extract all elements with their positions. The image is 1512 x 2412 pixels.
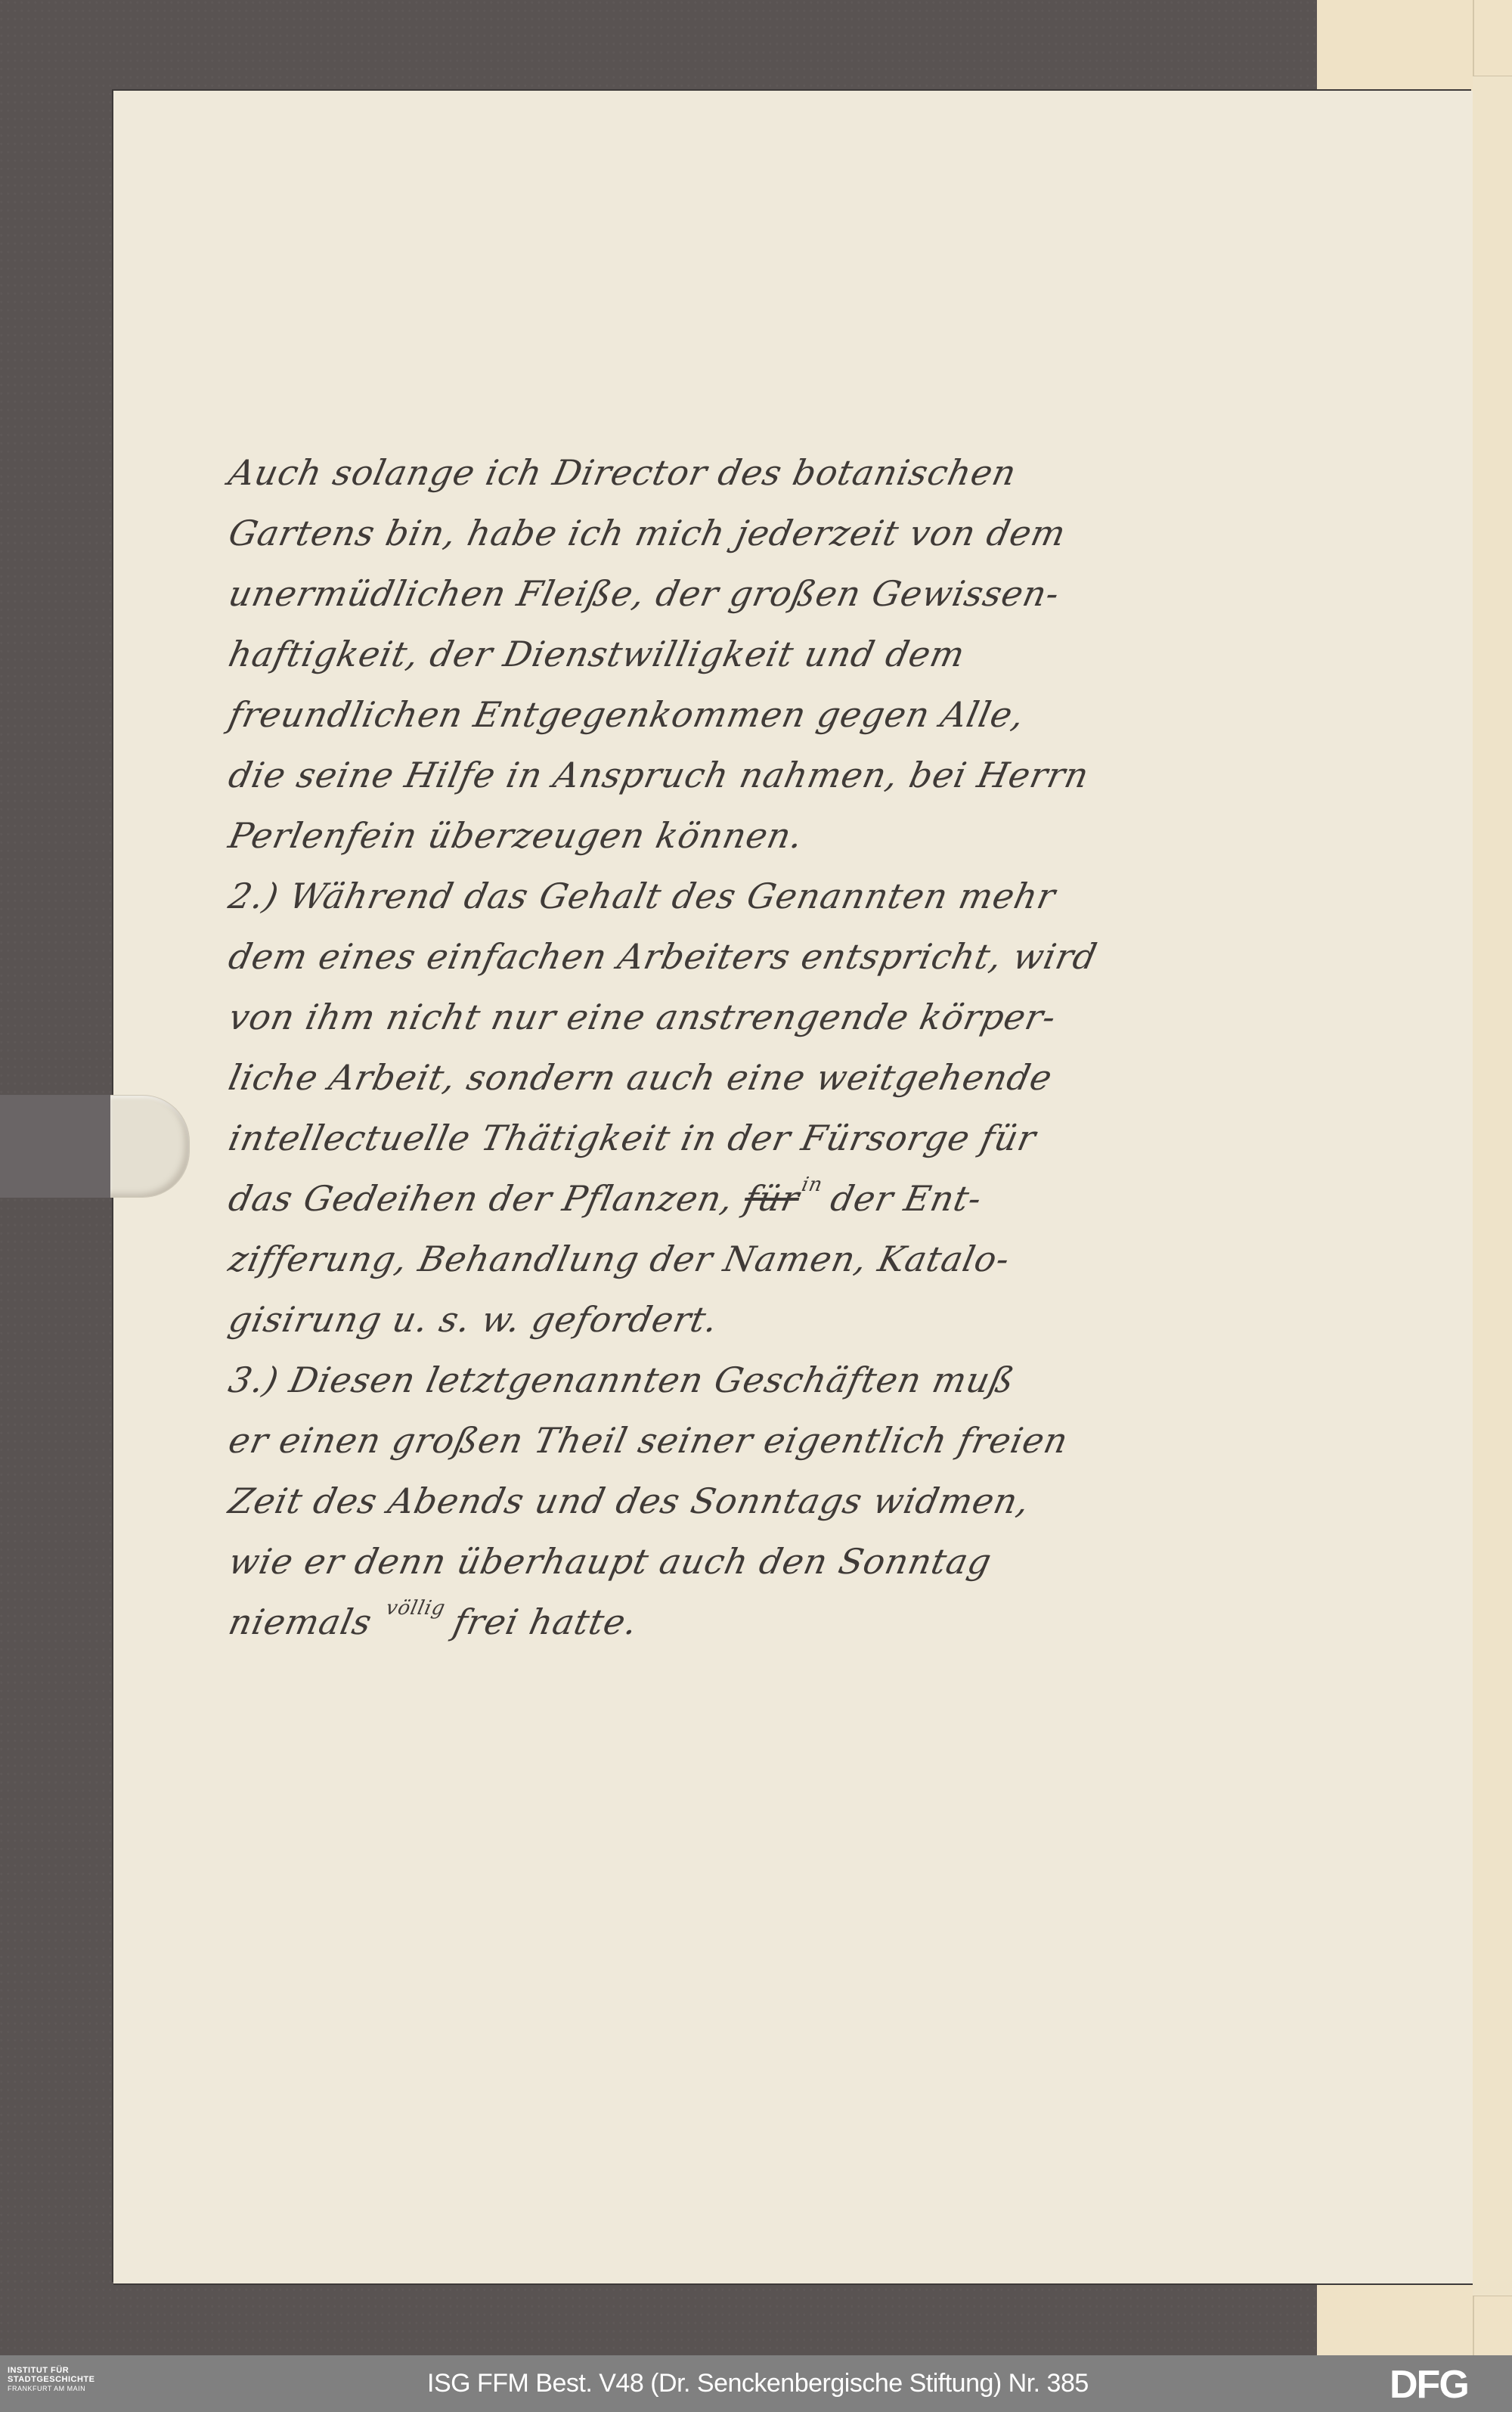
manuscript-line: Perlenfein überzeugen können. <box>223 805 1355 866</box>
institution-logo: INSTITUT FÜR STADTGESCHICHTE FRANKFURT A… <box>8 2366 94 2393</box>
manuscript-line: haftigkeit, der Dienstwilligkeit und dem <box>223 624 1355 684</box>
manuscript-line: dem eines einfachen Arbeiters entspricht… <box>223 926 1355 987</box>
manuscript-line: Auch solange ich Director des botanische… <box>223 442 1355 503</box>
manuscript-line: freundlichen Entgegenkommen gegen Alle, <box>223 684 1355 745</box>
manuscript-line: 3.) Diesen letztgenannten Geschäften muß <box>223 1350 1355 1410</box>
manuscript-line: liche Arbeit, sondern auch eine weitgehe… <box>223 1047 1355 1108</box>
manuscript-line: 2.) Während das Gehalt des Genannten meh… <box>223 866 1355 926</box>
inserted-word: völlig <box>384 1597 448 1620</box>
dfg-logo: DFG <box>1390 2363 1468 2407</box>
manuscript-line-with-insertion: niemals völlig frei hatte. <box>223 1592 1355 1652</box>
archive-footer: INSTITUT FÜR STADTGESCHICHTE FRANKFURT A… <box>0 2355 1512 2412</box>
manuscript-line: Gartens bin, habe ich mich jederzeit von… <box>223 503 1355 563</box>
archive-citation: ISG FFM Best. V48 (Dr. Senckenbergische … <box>427 2369 1089 2398</box>
struck-word: für <box>741 1178 804 1219</box>
manuscript-line: unermüdlichen Fleiße, der großen Gewisse… <box>223 563 1355 624</box>
institution-city: FRANKFURT AM MAIN <box>8 2384 94 2393</box>
manuscript-line: Zeit des Abends und des Sonntags widmen, <box>223 1471 1355 1531</box>
glass-weight-clip <box>0 1095 191 1198</box>
manuscript-line: gisirung u. s. w. gefordert. <box>223 1289 1355 1350</box>
handwritten-text: Auch solange ich Director des botanische… <box>223 442 1342 1652</box>
manuscript-line-with-correction: das Gedeihen der Pflanzen, fürin der Ent… <box>223 1168 1355 1229</box>
institution-name-line1: INSTITUT FÜR <box>8 2366 94 2375</box>
institution-name-line2: STADTGESCHICHTE <box>8 2375 94 2384</box>
manuscript-line: intellectuelle Thätigkeit in der Fürsorg… <box>223 1108 1355 1168</box>
folded-page-edge <box>1473 76 1512 2296</box>
manuscript-line: von ihm nicht nur eine anstrengende körp… <box>223 987 1355 1047</box>
manuscript-line: die seine Hilfe in Anspruch nahmen, bei … <box>223 745 1355 805</box>
manuscript-line: er einen großen Theil seiner eigentlich … <box>223 1410 1355 1471</box>
clip-shadow-part <box>0 1095 112 1198</box>
line-text: frei hatte. <box>438 1601 642 1642</box>
line-text: niemals <box>225 1601 388 1642</box>
manuscript-line: zifferung, Behandlung der Namen, Katalo- <box>223 1229 1355 1289</box>
manuscript-line: wie er denn überhaupt auch den Sonntag <box>223 1531 1355 1592</box>
line-text: der Ent- <box>815 1178 986 1219</box>
line-text: das Gedeihen der Pflanzen, <box>225 1178 749 1219</box>
clip-glass-tip <box>110 1095 190 1198</box>
